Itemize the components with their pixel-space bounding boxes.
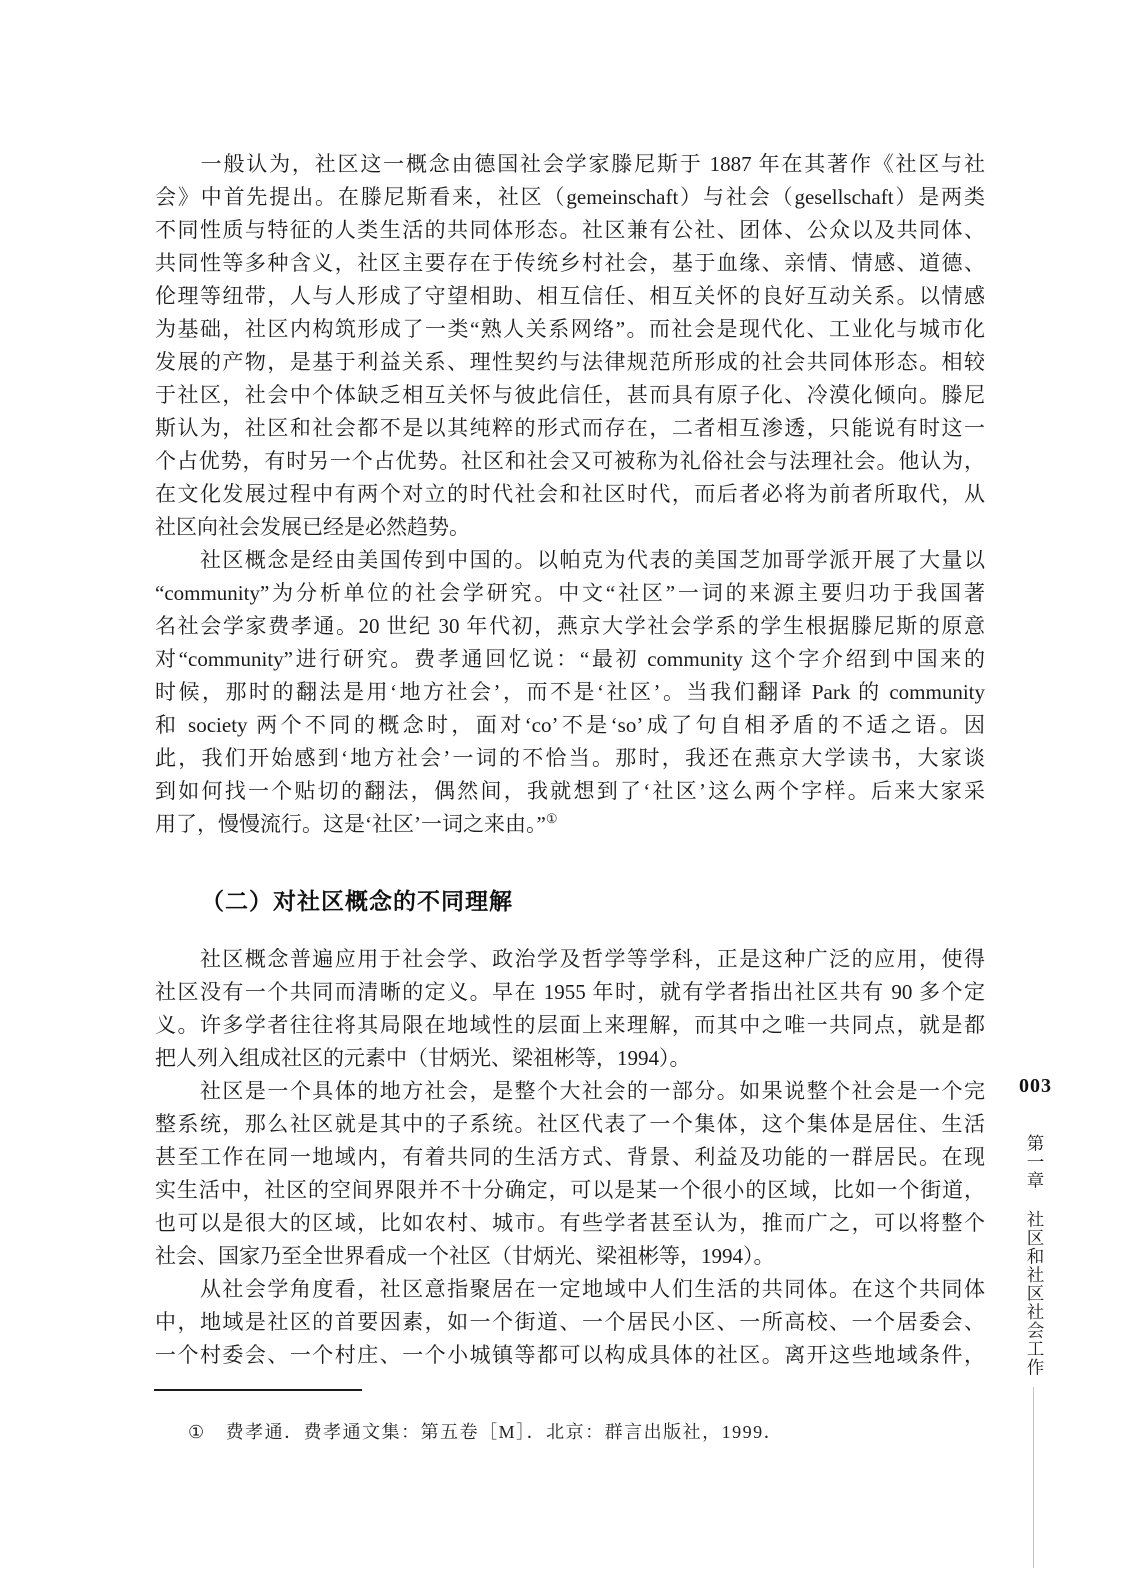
text-line: 中，地域是社区的首要因素，如一个街道、一个居民小区、一所高校、一个居委会、 [155, 1306, 985, 1339]
text-line: 会》中首先提出。在滕尼斯看来，社区（gemeinschaft）与社会（gesel… [155, 181, 985, 214]
page-number: 003 [1019, 1075, 1052, 1098]
paragraph: 社区是一个具体的地方社会，是整个大社会的一部分。如果说整个社会是一个完整系统，那… [155, 1075, 985, 1273]
text-line: 不同性质与特征的人类生活的共同体形态。社区兼有公社、团体、公众以及共同体、 [155, 214, 985, 247]
text-line: 把人列入组成社区的元素中（甘炳光、梁祖彬等，1994）。 [155, 1042, 985, 1075]
text-line: 从社会学角度看，社区意指聚居在一定地域中人们生活的共同体。在这个共同体 [155, 1273, 985, 1306]
text-line: “community”为分析单位的社会学研究。中文“社区”一词的来源主要归功于我… [155, 577, 985, 610]
text-line: 一个村委会、一个村庄、一个小城镇等都可以构成具体的社区。离开这些地域条件， [155, 1339, 985, 1372]
footnote-text: 费孝通．费孝通文集：第五卷［M］．北京：群言出版社，1999． [226, 1419, 784, 1445]
text-line: 社区概念是经由美国传到中国的。以帕克为代表的美国芝加哥学派开展了大量以 [155, 544, 985, 577]
text-line: 时候，那时的翻法是用‘地方社会’，而不是‘社区’。当我们翻译 Park 的 co… [155, 676, 985, 709]
text-line: 和 society 两个不同的概念时，面对‘co’不是‘so’成了句自相矛盾的不… [155, 709, 985, 742]
text-line: 伦理等纽带，人与人形成了守望相助、相互信任、相互关怀的良好互动关系。以情感 [155, 280, 985, 313]
text-line: 用了，慢慢流行。这是‘社区’一词之来由。”① [155, 808, 985, 841]
text-line: 个占优势，有时另一个占优势。社区和社会又可被称为礼俗社会与法理社会。他认为， [155, 445, 985, 478]
text-line: 发展的产物，是基于利益关系、理性契约与法律规范所形成的社会共同体形态。相较 [155, 346, 985, 379]
text-line: 为基础，社区内构筑形成了一类“熟人关系网络”。而社会是现代化、工业化与城市化 [155, 313, 985, 346]
text-line: 共同性等多种含义，社区主要存在于传统乡村社会，基于血缘、亲情、情感、道德、 [155, 247, 985, 280]
text-line: 社区概念普遍应用于社会学、政治学及哲学等学科，正是这种广泛的应用，使得 [155, 943, 985, 976]
paragraph: 一般认为，社区这一概念由德国社会学家滕尼斯于 1887 年在其著作《社区与社会》… [155, 148, 985, 544]
text-line: 于社区，社会中个体缺乏相互关怀与彼此信任，甚而具有原子化、冷漠化倾向。滕尼 [155, 379, 985, 412]
text-line: 此，我们开始感到‘地方社会’一词的不恰当。那时，我还在燕京大学读书，大家谈 [155, 742, 985, 775]
text-line: 社会、国家乃至全世界看成一个社区（甘炳光、梁祖彬等，1994）。 [155, 1240, 985, 1273]
footnote-ref-marker: ① [546, 811, 558, 826]
text-line: 社区向社会发展已经是必然趋势。 [155, 511, 985, 544]
text-line: 实生活中，社区的空间界限并不十分确定，可以是某一个很小的区域，比如一个街道， [155, 1174, 985, 1207]
page-body: 一般认为，社区这一概念由德国社会学家滕尼斯于 1887 年在其著作《社区与社会》… [155, 148, 985, 1372]
footnote-divider [154, 1389, 362, 1391]
footnote-marker: ① [188, 1419, 206, 1445]
text-line: 斯认为，社区和社会都不是以其纯粹的形式而存在，二者相互渗透，只能说有时这一 [155, 412, 985, 445]
definitions-section: 社区概念普遍应用于社会学、政治学及哲学等学科，正是这种广泛的应用，使得社区没有一… [155, 943, 985, 1372]
margin-rule [1033, 1387, 1034, 1568]
text-line: 到如何找一个贴切的翻法，偶然间，我就想到了‘社区’这么两个字样。后来大家采 [155, 775, 985, 808]
text-line: 社区是一个具体的地方社会，是整个大社会的一部分。如果说整个社会是一个完 [155, 1075, 985, 1108]
text-line: 社区没有一个共同而清晰的定义。早在 1955 年时，就有学者指出社区共有 90 … [155, 976, 985, 1009]
text-line: 一般认为，社区这一概念由德国社会学家滕尼斯于 1887 年在其著作《社区与社 [155, 148, 985, 181]
intro-section: 一般认为，社区这一概念由德国社会学家滕尼斯于 1887 年在其著作《社区与社会》… [155, 148, 985, 841]
text-line: 整系统，那么社区就是其中的子系统。社区代表了一个集体，这个集体是居住、生活 [155, 1108, 985, 1141]
text-line: 义。许多学者往往将其局限在地域性的层面上来理解，而其中之唯一共同点，就是都 [155, 1009, 985, 1042]
text-line: 对“community”进行研究。费孝通回忆说：“最初 community 这个… [155, 643, 985, 676]
paragraph: 从社会学角度看，社区意指聚居在一定地域中人们生活的共同体。在这个共同体中，地域是… [155, 1273, 985, 1372]
footnote: ① 费孝通．费孝通文集：第五卷［M］．北京：群言出版社，1999． [188, 1419, 948, 1445]
chapter-number: 第一章 [1024, 1134, 1046, 1190]
text-line: 也可以是很大的区域，比如农村、城市。有些学者甚至认为，推而广之，可以将整个 [155, 1207, 985, 1240]
text-line: 在文化发展过程中有两个对立的时代社会和社区时代，而后者必将为前者所取代，从 [155, 478, 985, 511]
text-line: 甚至工作在同一地域内，有着共同的生活方式、背景、利益及功能的一群居民。在现 [155, 1141, 985, 1174]
chapter-name: 社区和社区社会工作 [1024, 1210, 1046, 1377]
paragraph: 社区概念普遍应用于社会学、政治学及哲学等学科，正是这种广泛的应用，使得社区没有一… [155, 943, 985, 1075]
chapter-title-vertical: 第一章 社区和社区社会工作 [1024, 1134, 1046, 1376]
book-page: 一般认为，社区这一概念由德国社会学家滕尼斯于 1887 年在其著作《社区与社会》… [0, 0, 1127, 1570]
text-line: 名社会学家费孝通。20 世纪 30 年代初，燕京大学社会学系的学生根据滕尼斯的原… [155, 610, 985, 643]
section-heading: （二）对社区概念的不同理解 [155, 885, 985, 919]
paragraph: 社区概念是经由美国传到中国的。以帕克为代表的美国芝加哥学派开展了大量以“comm… [155, 544, 985, 841]
